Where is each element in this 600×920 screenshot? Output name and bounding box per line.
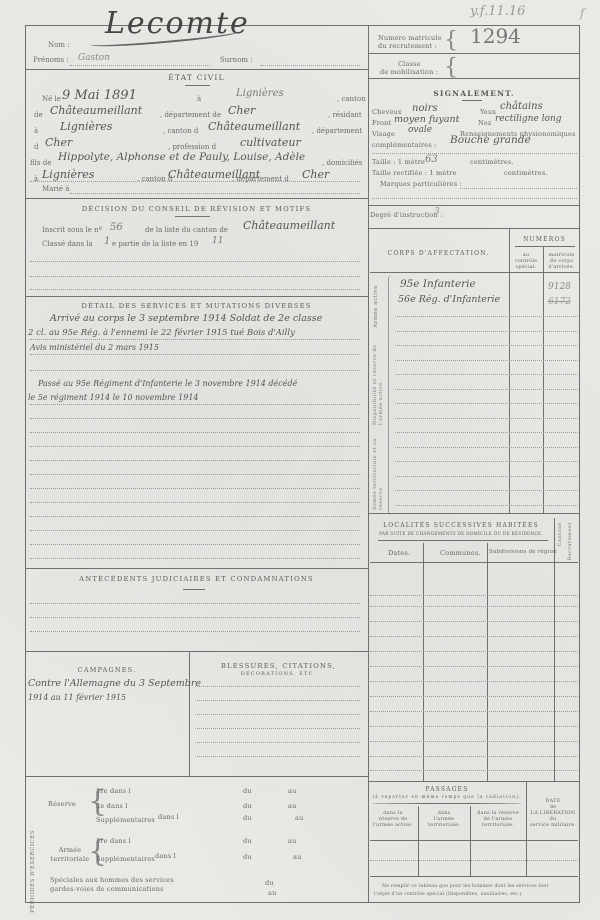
speciales-label: Spéciales aux hommes des services bbox=[50, 876, 174, 884]
period-sub: dans l bbox=[155, 852, 176, 860]
centimetres-label: centimètres. bbox=[470, 158, 514, 166]
matricule-header: matricule du corps d'arrivée. bbox=[543, 252, 580, 270]
periodes-side-label: PÉRIODES D'EXERCICES bbox=[30, 830, 36, 913]
campagne-line: Contre l'Allemagne du 3 Septembre bbox=[28, 678, 201, 689]
numeros-title: NUMÉROS bbox=[509, 236, 580, 243]
corps-matricule: 9128 bbox=[548, 282, 571, 292]
passages-subtitle: (à reporter en même temps que la radiati… bbox=[368, 794, 526, 799]
complementaires-value: Bouche grande bbox=[450, 134, 531, 146]
canton2-label: , canton d bbox=[163, 127, 198, 135]
surnom-label: Surnom : bbox=[220, 56, 253, 64]
territoriale-label: Armée territoriale bbox=[50, 846, 90, 864]
front-label: Front bbox=[372, 119, 391, 127]
period-du: du bbox=[243, 814, 252, 822]
passages-title: PASSAGES bbox=[368, 786, 526, 793]
period-row-label: Supplémentaires bbox=[96, 855, 155, 863]
services-title: DÉTAIL DES SERVICES ET MUTATIONS DIVERSE… bbox=[25, 302, 368, 310]
corps-entry: 56e Rég. d'Infanterie bbox=[398, 294, 500, 305]
blessures-subtitle: DÉCORATIONS, ETC. bbox=[189, 671, 368, 677]
section-active-label: Armée active bbox=[373, 285, 379, 328]
period-du: du bbox=[243, 853, 252, 861]
classe-label: Classé dans la bbox=[42, 240, 93, 248]
blessures-title: BLESSURES, CITATIONS, bbox=[189, 662, 368, 670]
numero-matricule: 1294 bbox=[470, 24, 521, 48]
taille-label: Taille : 1 mètre bbox=[372, 158, 425, 166]
passages-footnote: Ne remplir ce tableau que pour les homme… bbox=[382, 884, 549, 889]
signalement-title: SIGNALEMENT. bbox=[368, 89, 580, 98]
passages-footnote: l'objet d'un contrôle spécial (Disponibl… bbox=[374, 892, 523, 897]
period-au: au bbox=[293, 853, 301, 861]
corner-mark: f bbox=[580, 6, 584, 20]
departement2-de-label: d bbox=[34, 143, 38, 151]
prenoms-value: Gaston bbox=[78, 53, 110, 63]
campagne-line: 1914 au 11 février 1915 bbox=[28, 693, 126, 702]
marques-label: Marques particulières : bbox=[380, 180, 462, 188]
col-communes: Communes. bbox=[440, 549, 481, 557]
controle-header: au contrôle spécial. bbox=[509, 252, 543, 270]
profession: cultivateur bbox=[240, 136, 301, 149]
period-au: au bbox=[268, 889, 276, 897]
instruction-value: 3 bbox=[434, 207, 440, 217]
yeux-label: Yeux bbox=[480, 108, 496, 116]
classe-label: Classe bbox=[398, 60, 421, 68]
reserve-label: Réserve bbox=[48, 800, 76, 808]
service-line: Avis ministériel du 2 mars 1915 bbox=[30, 343, 159, 352]
departement2-label: , département bbox=[312, 127, 362, 135]
antecedents-title: ANTÉCÉDENTS JUDICIAIRES ET CONDAMNATIONS bbox=[25, 575, 368, 583]
col-dates: Dates. bbox=[388, 549, 410, 557]
de-label: de bbox=[34, 111, 43, 119]
visage-label: Visage bbox=[372, 130, 395, 138]
birth-canton: Châteaumeillant bbox=[50, 104, 142, 117]
column-divider bbox=[368, 25, 369, 777]
side-col-cantons: Cantons bbox=[557, 522, 563, 546]
profession-label: , profession d bbox=[168, 143, 216, 151]
passage-col-reserve: dans la réserve de l'armée active. bbox=[368, 810, 418, 828]
period-row-label: Supplémentaires bbox=[96, 816, 155, 824]
a-label: à bbox=[197, 95, 201, 103]
nez-label: Nez bbox=[478, 119, 492, 127]
yeux-value: châtains bbox=[500, 101, 543, 112]
passage-col-territoriale: dans l'armée territoriale. bbox=[418, 810, 470, 828]
birth-departement: Cher bbox=[228, 104, 255, 117]
period-sub: dans l bbox=[158, 813, 179, 821]
taille-rectifiee-label: Taille rectifiée : 1 mètre bbox=[372, 169, 457, 177]
period-au: au bbox=[288, 802, 296, 810]
domicilies-label: , domiciliés bbox=[322, 159, 362, 167]
numero-brace: { bbox=[444, 28, 458, 53]
taille-value: 63 bbox=[425, 154, 438, 165]
residence-canton: Châteaumeillant bbox=[208, 120, 300, 133]
service-line: 2 cl. au 95e Rég. à l'ennemi le 22 févri… bbox=[28, 328, 295, 338]
parents-residence: Lignières bbox=[42, 168, 94, 181]
nom-label: Nom : bbox=[48, 41, 70, 49]
prenoms-label: Prénoms : bbox=[33, 56, 69, 64]
nez-value: rectiligne long bbox=[495, 114, 562, 124]
residence: Lignières bbox=[60, 120, 112, 133]
service-line: le 5e régiment 1914 le 10 novembre 1914 bbox=[28, 393, 199, 402]
period-row-label: 1re dans l bbox=[96, 787, 131, 795]
service-line: Arrivé au corps le 3 septembre 1914 Sold… bbox=[50, 313, 322, 324]
period-du: du bbox=[243, 837, 252, 845]
inscrit-label: Inscrit sous le nº bbox=[42, 226, 102, 234]
side-col-recrutement: Recrutement bbox=[567, 522, 573, 561]
numero-label: Numéro matricule bbox=[378, 34, 442, 42]
period-du: du bbox=[265, 879, 274, 887]
fils-label: fils de bbox=[30, 159, 51, 167]
residence-departement: Cher bbox=[45, 136, 72, 149]
centimetres-label: centimètres. bbox=[504, 169, 548, 177]
inscrit-number: 56 bbox=[110, 222, 123, 233]
period-row-label: 1re dans l bbox=[96, 837, 131, 845]
section-brace bbox=[388, 275, 392, 515]
residant-label: , résidant bbox=[328, 111, 362, 119]
period-au: au bbox=[288, 787, 296, 795]
matricule-record-page: y.f.11.16 f Nom : Lecomte Prénoms : Gast… bbox=[0, 0, 600, 920]
numero-label: du recrutement : bbox=[378, 42, 437, 50]
birth-place: Lignières bbox=[236, 88, 284, 99]
cheveux-value: noirs bbox=[412, 103, 438, 114]
visage-value: ovale bbox=[408, 125, 432, 135]
complementaires-label: complémentaires : bbox=[372, 141, 437, 149]
classe-part: 1 bbox=[104, 236, 110, 247]
departement-label: , département de bbox=[160, 111, 221, 119]
corps-matricule: 6172 bbox=[548, 297, 571, 307]
partie-label: e partie de la liste en 19 bbox=[112, 240, 198, 248]
localites-subtitle: PAR SUITE DE CHANGEMENTS DE DOMICILE OU … bbox=[368, 531, 554, 536]
campagnes-title: CAMPAGNES. bbox=[25, 666, 189, 674]
period-au: au bbox=[288, 837, 296, 845]
partie-year: 11 bbox=[212, 236, 223, 246]
etat-civil-title: ÉTAT CIVIL bbox=[25, 73, 368, 82]
canton-label: , canton bbox=[337, 95, 366, 103]
liste-canton: Châteaumeillant bbox=[243, 219, 335, 232]
service-line: Passé au 95e Régiment d'Infanterie le 3 … bbox=[38, 379, 297, 388]
marie-label: Marié à bbox=[42, 185, 69, 193]
liste-label: de la liste du canton de bbox=[145, 226, 228, 234]
col-subdivisions: Subdivisions de région bbox=[489, 549, 557, 555]
parents: Hippolyte, Alphonse et de Pauly, Louise,… bbox=[58, 151, 305, 163]
instruction-label: Degré d'instruction : bbox=[370, 211, 443, 219]
ne-le-label: Né le bbox=[42, 95, 61, 103]
liberation-date-header: DATE de LA LIBÉRATION du service militai… bbox=[526, 798, 580, 828]
corps-title: CORPS D'AFFECTATION. bbox=[368, 250, 509, 257]
parents-departement: Cher bbox=[302, 168, 329, 181]
period-row-label: 2e dans l bbox=[96, 802, 128, 810]
period-du: du bbox=[243, 802, 252, 810]
corps-entry: 95e Infanterie bbox=[400, 278, 476, 290]
top-annotation: y.f.11.16 bbox=[470, 4, 525, 19]
period-au: au bbox=[295, 814, 303, 822]
localites-title: LOCALITÉS SUCCESSIVES HABITÉES bbox=[368, 522, 554, 529]
residant-a-label: à bbox=[34, 127, 38, 135]
decision-title: DÉCISION DU CONSEIL DE RÉVISION ET MOTIF… bbox=[25, 205, 368, 213]
birth-date: 9 Mai 1891 bbox=[62, 88, 137, 103]
classe-brace: { bbox=[444, 55, 458, 80]
passage-col-reserve-territoriale: dans la réserve de l'armée territoriale. bbox=[470, 810, 526, 828]
column-divider-lower bbox=[368, 776, 369, 903]
classe-label: de mobilisation : bbox=[380, 68, 438, 76]
front-value: moyen fuyant bbox=[394, 114, 459, 125]
period-du: du bbox=[243, 787, 252, 795]
speciales-label: gardes-voies de communications bbox=[50, 885, 164, 893]
